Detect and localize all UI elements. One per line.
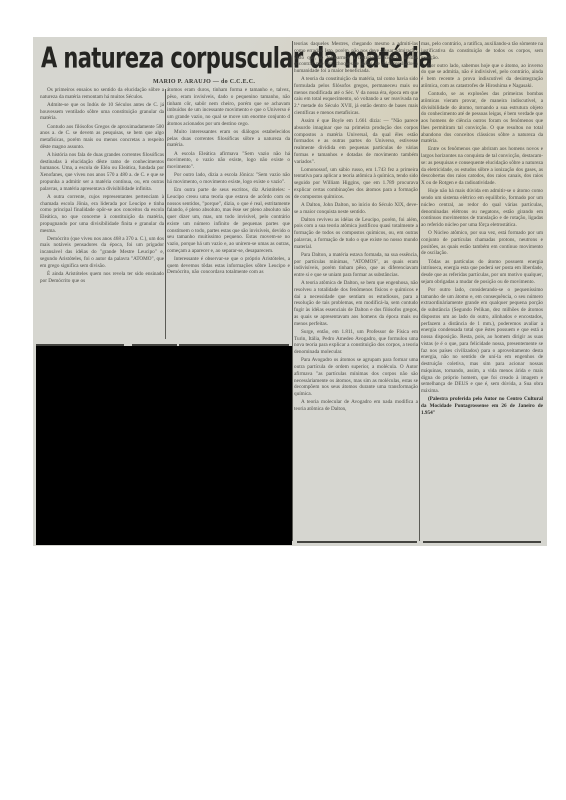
paragraph: átomos eram duros, tinham forma e tamanh… bbox=[167, 87, 290, 128]
paragraph: Dalton reviveu as idéias de Leucipo, por… bbox=[294, 217, 418, 251]
paragraph: A teoria da constituição da matéria, tal… bbox=[294, 76, 418, 117]
column-4: mas, pelo contrário, a ratifica, auxilia… bbox=[421, 41, 543, 539]
paragraph: Por outro lado, considerando-se o pequen… bbox=[421, 287, 543, 395]
paragraph: A teoria molecular de Avogadro em nada m… bbox=[294, 399, 418, 413]
column-bottom-rule bbox=[297, 541, 417, 543]
paragraph: Admite-se que os Indús de 10 Séculos ant… bbox=[40, 102, 164, 122]
paragraph: Lomonossof, um sábio russo, em 1.743 fez… bbox=[294, 167, 418, 201]
paragraph: mas, pelo contrário, a ratifica, auxilia… bbox=[421, 41, 543, 61]
paragraph: Contudo, se as explosões das primeiras b… bbox=[421, 91, 543, 145]
paragraph: Os primeiros ensaios no sentido da eluci… bbox=[40, 87, 164, 101]
paragraph: Interessante é observar-se que o próprio… bbox=[167, 256, 290, 276]
column-bottom-rule bbox=[423, 541, 541, 543]
column-2: átomos eram duros, tinham forma e tamanh… bbox=[167, 87, 290, 342]
paragraph: Para Avogadro os átomos se agrupam para … bbox=[294, 357, 418, 398]
paragraph: A teoria atômica de Dalton, se bem que e… bbox=[294, 280, 418, 327]
paragraph: Por outro lado, dizia a escola Jônica: "… bbox=[167, 172, 290, 186]
paragraph: Entre os fenômenos que abriram aos homen… bbox=[421, 146, 543, 187]
paragraph: Em outra parte de seus escritos, diz Ari… bbox=[167, 187, 290, 255]
paragraph: É ainda Aristóteles quem nos revela ter … bbox=[40, 271, 164, 285]
paragraph: Tôdas as partículas do átomo possuem ene… bbox=[421, 259, 543, 286]
paragraph: teorias daqueles Mestres, chegando mesmo… bbox=[294, 41, 418, 75]
paragraph: Assim é que Boyle em 1.661 dizia: — "Não… bbox=[294, 118, 418, 165]
redacted-block bbox=[36, 346, 292, 545]
paragraph: Muito interessantes eram os diálogos est… bbox=[167, 129, 290, 149]
article-title: A natureza corpuscular da matéria bbox=[41, 42, 291, 80]
column-divider bbox=[165, 89, 166, 339]
paragraph: Hoje não há mais dúvida em admitir-se o … bbox=[421, 188, 543, 229]
column-1: Os primeiros ensaios no sentido da eluci… bbox=[40, 87, 164, 342]
paragraph: A história nos fala de duas grandes corr… bbox=[40, 152, 164, 193]
article-credit: (Palestra proferida pelo Autor no Centro… bbox=[421, 396, 543, 416]
paragraph: Para Dalton, a matéria estava formada, n… bbox=[294, 252, 418, 279]
paragraph: A escola Eleática afirmava "Sem vazio nã… bbox=[167, 151, 290, 171]
column-divider bbox=[419, 41, 420, 541]
paragraph: Contudo aos filósofos Gregos de aproxima… bbox=[40, 124, 164, 151]
article-byline: MARIO P. ARAUJO — do C.C.E.C. bbox=[153, 79, 293, 85]
column-3: teorias daqueles Mestres, chegando mesmo… bbox=[294, 41, 418, 539]
paragraph: Demócrito (que viveu nos anos 468 a 370 … bbox=[40, 236, 164, 270]
paragraph: Surge, então, em 1.811, um Professor de … bbox=[294, 329, 418, 356]
paragraph: Por outro lado, sabemos hoje que o átomo… bbox=[421, 63, 543, 90]
newspaper-clipping: A natureza corpuscular da matéria MARIO … bbox=[33, 37, 547, 546]
paragraph: A Dalton, John Dalton, no início do Sécu… bbox=[294, 202, 418, 216]
paragraph: O Núcleo atômico, por sua vez, está form… bbox=[421, 230, 543, 257]
column-divider bbox=[292, 41, 293, 541]
paragraph: A outra corrente, cujos representantes p… bbox=[40, 194, 164, 235]
